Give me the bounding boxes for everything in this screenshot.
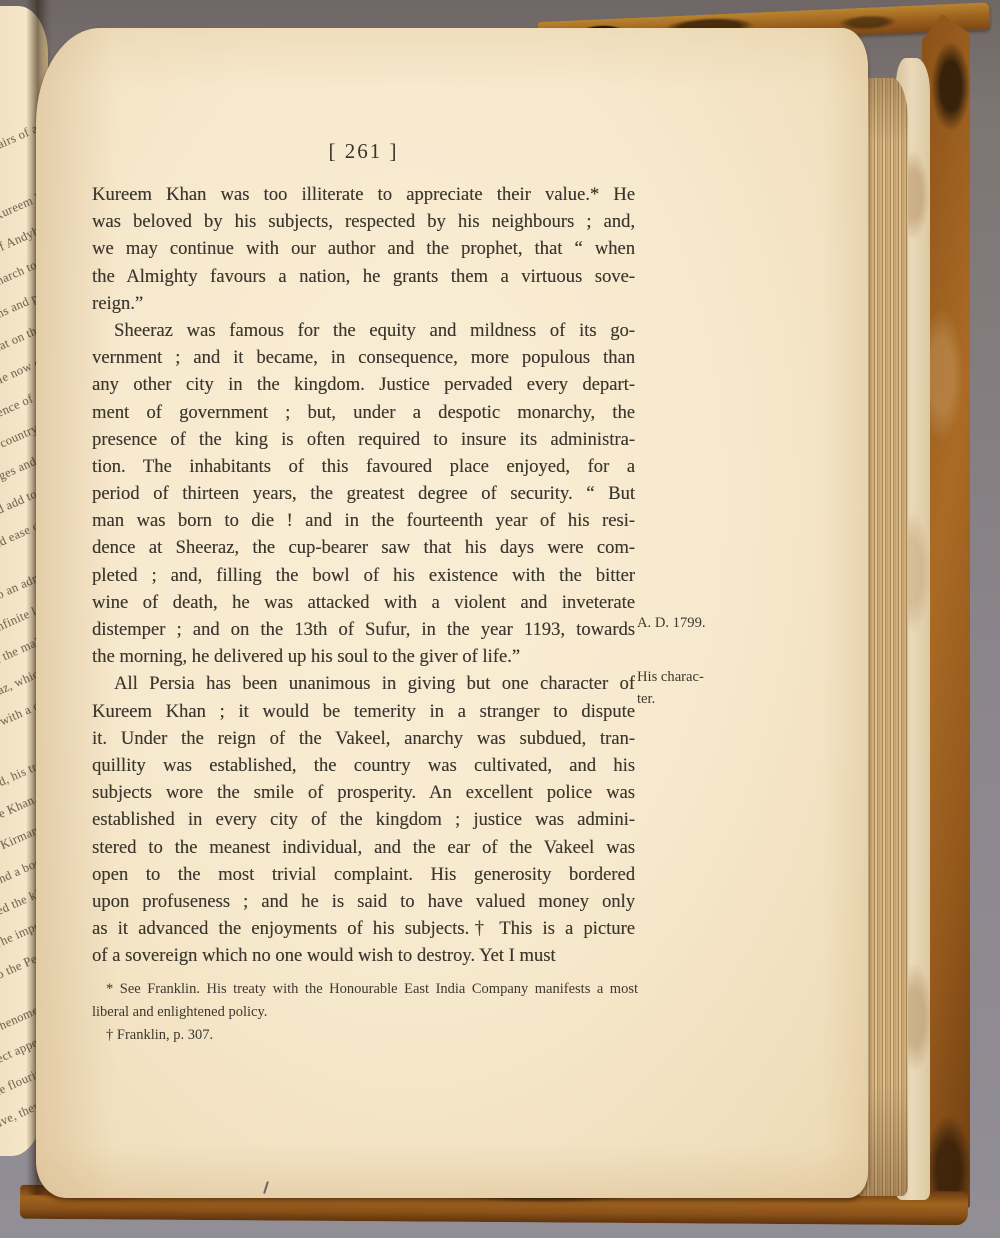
footnotes: * See Franklin. His treaty with the Hono… [92, 978, 638, 1048]
text-line: was beloved by his subjects, respected b… [92, 208, 635, 235]
text-line: tion. The inhabitants of this favoured p… [92, 453, 635, 480]
footnote-line: * See Franklin. His treaty with the Hono… [92, 978, 638, 1001]
text-line: we may continue with our author and the … [92, 235, 635, 262]
text-line: quillity was established, the country wa… [92, 752, 635, 779]
text-line: period of thirteen years, the greatest d… [92, 480, 635, 507]
text-line: pleted ; and, filling the bowl of his ex… [92, 562, 635, 589]
footnote-line: † Franklin, p. 307. [92, 1024, 638, 1047]
text-line: reign.” [92, 290, 635, 317]
text-line: dence at Sheeraz, the cup-bearer saw tha… [92, 534, 635, 561]
text-line: established in every city of the kingdom… [92, 806, 635, 833]
body-text: Kureem Khan was too illiterate to apprec… [92, 181, 635, 969]
text-line: the morning, he delivered up his soul to… [92, 643, 635, 670]
text-line: Kureem Khan ; it would be temerity in a … [92, 698, 635, 725]
text-line: stered to the meanest individual, and th… [92, 834, 635, 861]
text-line: Kureem Khan was too illiterate to apprec… [92, 181, 635, 208]
text-line: open to the most trivial complaint. His … [92, 861, 635, 888]
text-line: distemper ; and on the 13th of Sufur, in… [92, 616, 635, 643]
text-line: ment of government ; but, under a despot… [92, 399, 635, 426]
text-line: All Persia has been unanimous in giving … [92, 670, 635, 697]
text-line: upon profuseness ; and he is said to hav… [92, 888, 635, 915]
text-line: Sheeraz was famous for the equity and mi… [92, 317, 635, 344]
book-photograph: fairs of a greKureem Khof Andybrajmarch … [0, 0, 1000, 1238]
footnote-line: liberal and enlightened policy. [92, 1001, 638, 1024]
text-line: it. Under the reign of the Vakeel, anarc… [92, 725, 635, 752]
text-line: wine of death, he was attacked with a vi… [92, 589, 635, 616]
text-line: subjects wore the smile of prosperity. A… [92, 779, 635, 806]
text-line: as it advanced the enjoyments of his sub… [92, 915, 635, 942]
page-number: [ 261 ] [92, 139, 635, 164]
text-line: of a sovereign which no one would wish t… [92, 942, 635, 969]
text-line: any other city in the kingdom. Justice p… [92, 371, 635, 398]
margin-note-character: His charac-ter. [637, 667, 723, 710]
text-line: vernment ; and it became, in consequence… [92, 344, 635, 371]
margin-note-date: A. D. 1799. [637, 613, 723, 635]
text-line: the Almighty favours a nation, he grants… [92, 263, 635, 290]
text-line: man was born to die ! and in the fourtee… [92, 507, 635, 534]
text-line: presence of the king is often required t… [92, 426, 635, 453]
